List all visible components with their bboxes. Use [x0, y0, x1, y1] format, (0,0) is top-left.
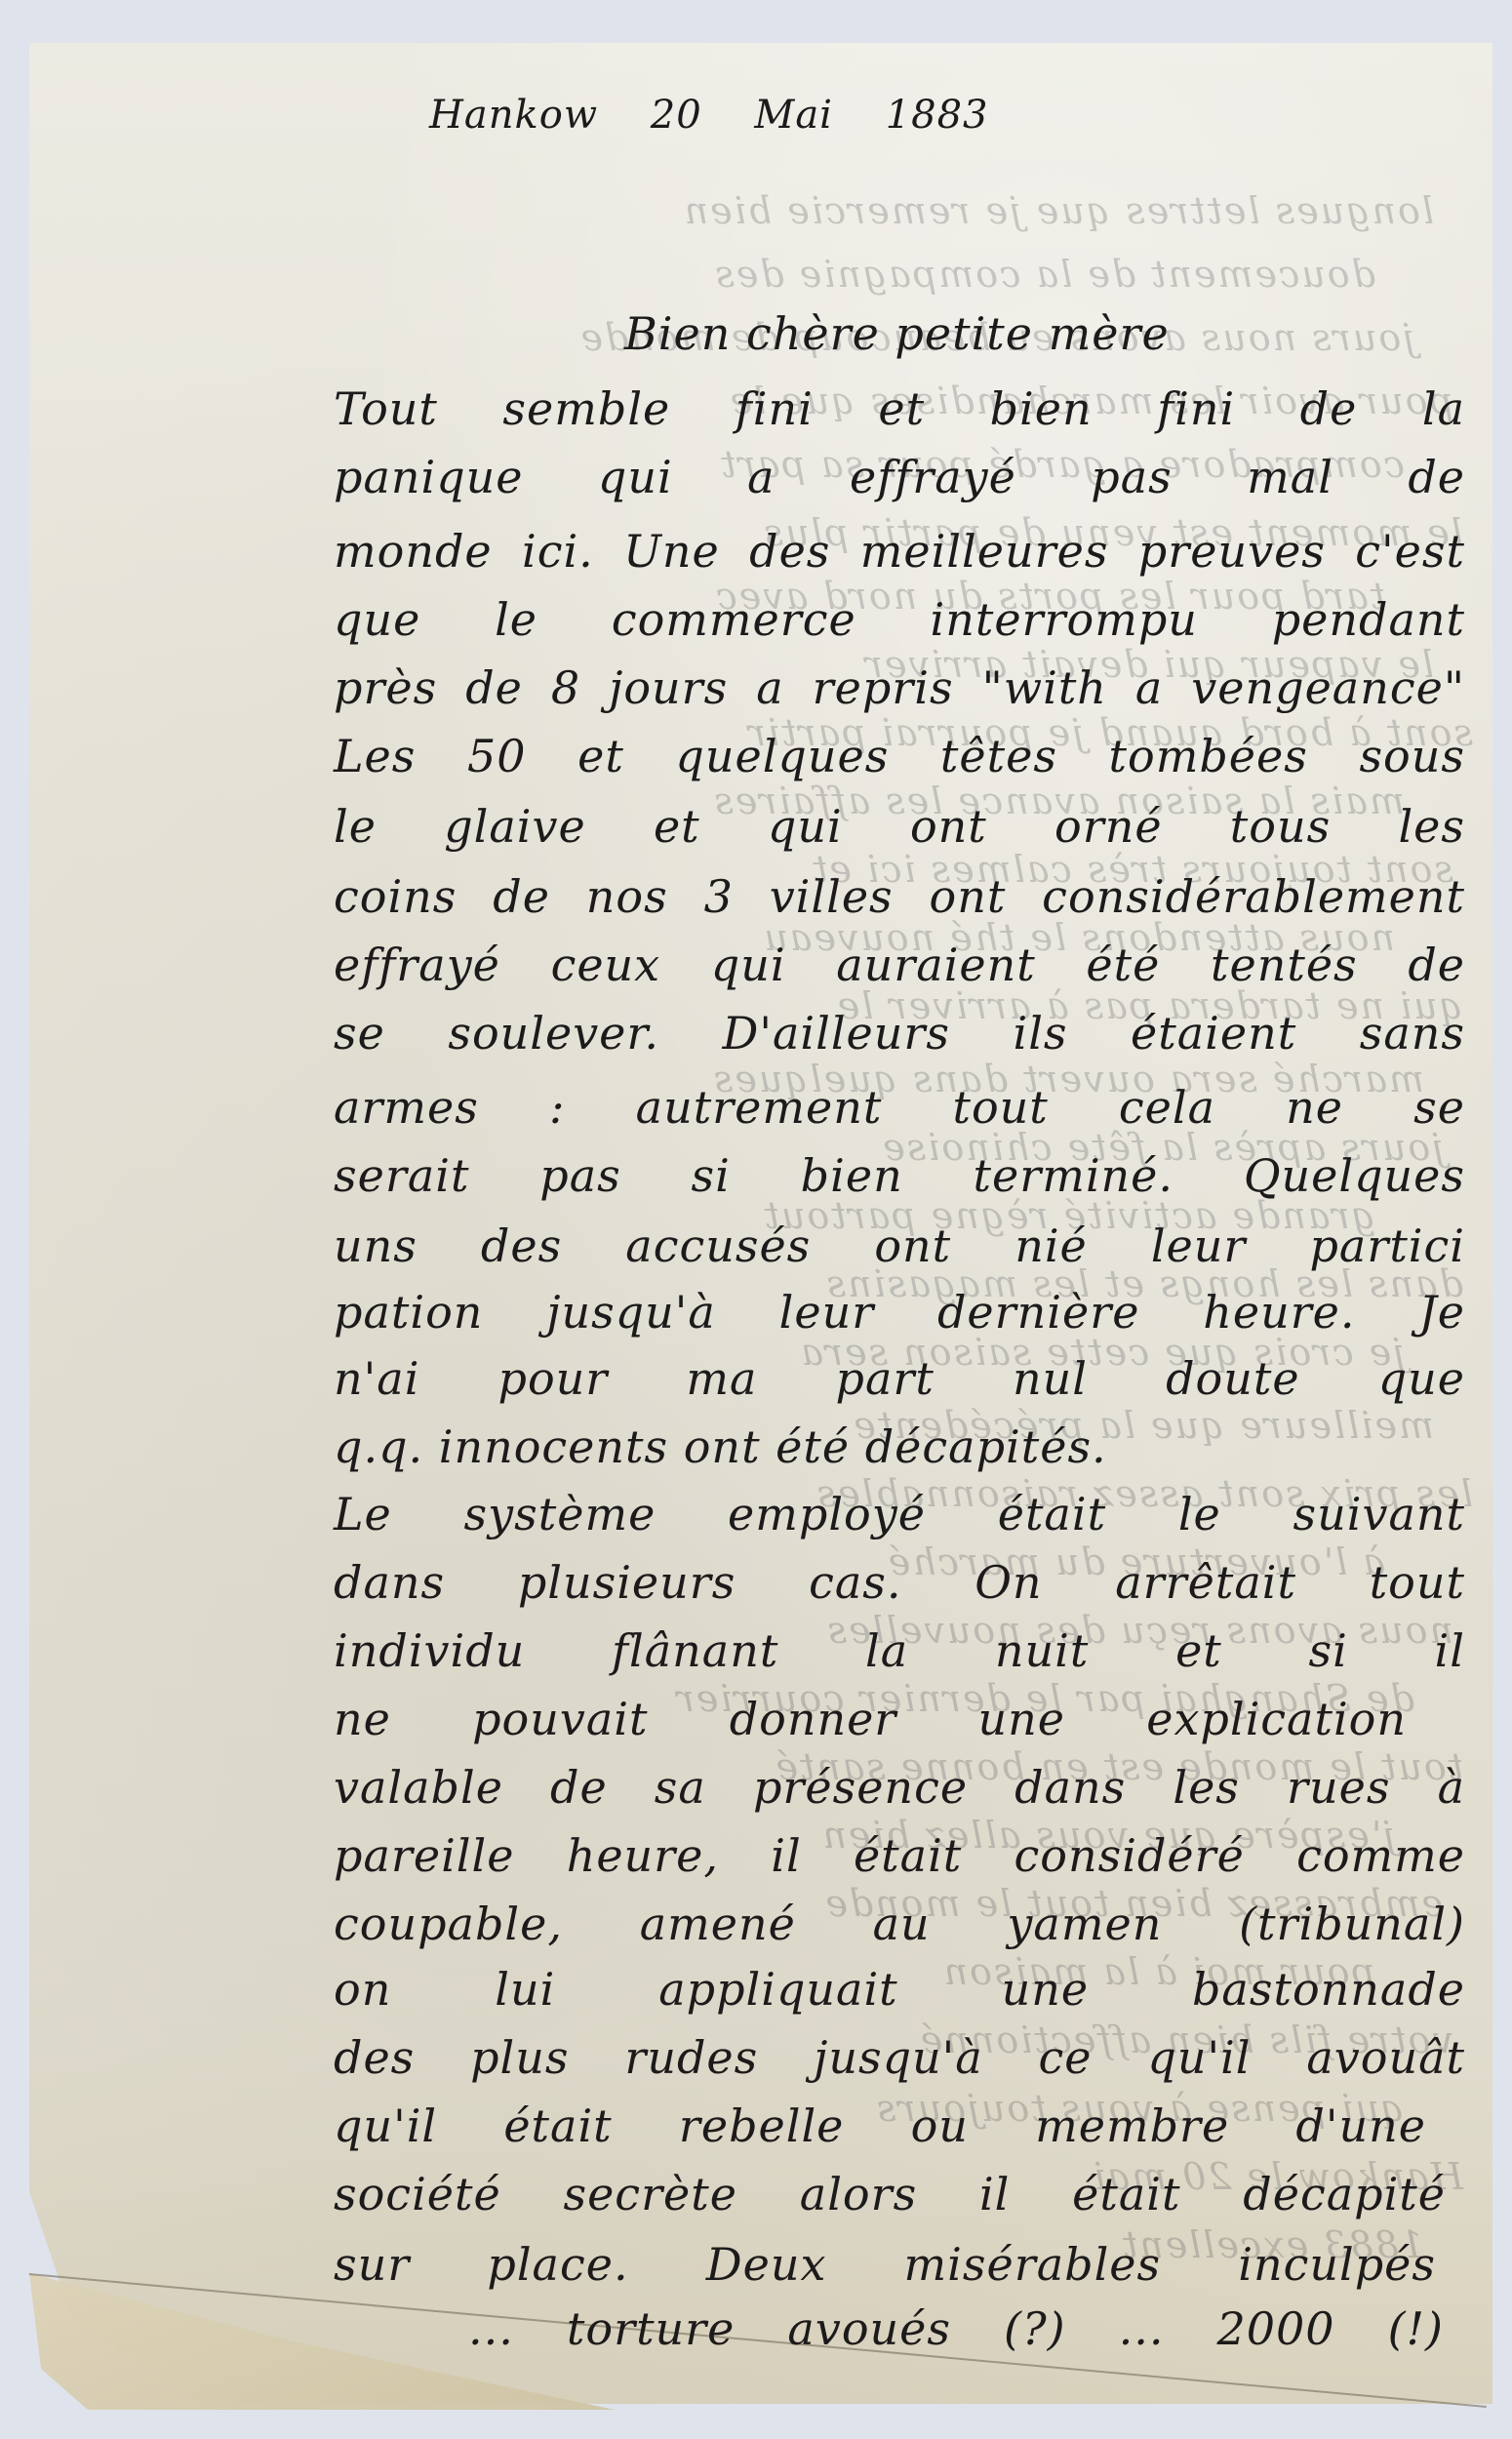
- letter-line: coupable, amené au yamen (tribunal): [334, 1898, 1465, 1950]
- letter-line: le glaive et qui ont orné tous les: [334, 800, 1465, 853]
- letter-line: monde ici. Une des meilleures preuves c'…: [334, 525, 1465, 578]
- letter-line: coins de nos 3 villes ont considérableme…: [334, 870, 1465, 923]
- letter-line: on lui appliquait une bastonnade: [334, 1963, 1465, 2016]
- letter-line: se soulever. D'ailleurs ils étaient sans: [334, 1007, 1465, 1060]
- letter-line: pareille heure, il était considéré comme: [334, 1829, 1465, 1882]
- letter-line: Le système employé était le suivant: [334, 1488, 1465, 1540]
- letter-line: Tout semble fini et bien fini de la: [334, 382, 1465, 435]
- letter-line: sur place. Deux misérables inculpés: [334, 2238, 1436, 2291]
- letter-line: Les 50 et quelques têtes tombées sous: [334, 730, 1465, 782]
- letter-line: près de 8 jours a repris "with a vengean…: [334, 661, 1465, 714]
- letter-line: pation jusqu'à leur dernière heure. Je: [334, 1286, 1465, 1339]
- letter-line: des plus rudes jusqu'à ce qu'il avouât: [334, 2031, 1465, 2084]
- letter-line: uns des accusés ont nié leur partici: [334, 1219, 1465, 1272]
- letter-line: dans plusieurs cas. On arrêtait tout: [334, 1556, 1465, 1609]
- letter-salutation: Bien chère petite mère: [624, 307, 1170, 360]
- letter-line: ne pouvait donner une explication: [334, 1693, 1407, 1745]
- letter-line: effrayé ceux qui auraient été tentés de: [334, 939, 1465, 991]
- letter-line: société secrète alors il était décapité: [334, 2168, 1446, 2220]
- letter-line: individu flânant la nuit et si il: [334, 1624, 1465, 1677]
- letter-line: que le commerce interrompu pendant: [334, 593, 1465, 646]
- letter-header-place-date: Hankow 20 Mai 1883: [429, 93, 989, 138]
- letter-line: panique qui a effrayé pas mal de: [334, 451, 1465, 503]
- letter-line: qu'il était rebelle ou membre d'une: [334, 2099, 1426, 2152]
- letter-line: q.q. innocents ont été décapités.: [334, 1420, 1465, 1473]
- letter-line: serait pas si bien terminé. Quelques: [334, 1149, 1465, 1202]
- letter-line: valable de sa présence dans les rues à: [334, 1761, 1465, 1814]
- letter-line: n'ai pour ma part nul doute que: [334, 1352, 1465, 1405]
- letter-line: ... torture avoués (?) ... 2000 (!): [468, 2302, 1444, 2355]
- letter-line: armes : autrement tout cela ne se: [334, 1081, 1465, 1134]
